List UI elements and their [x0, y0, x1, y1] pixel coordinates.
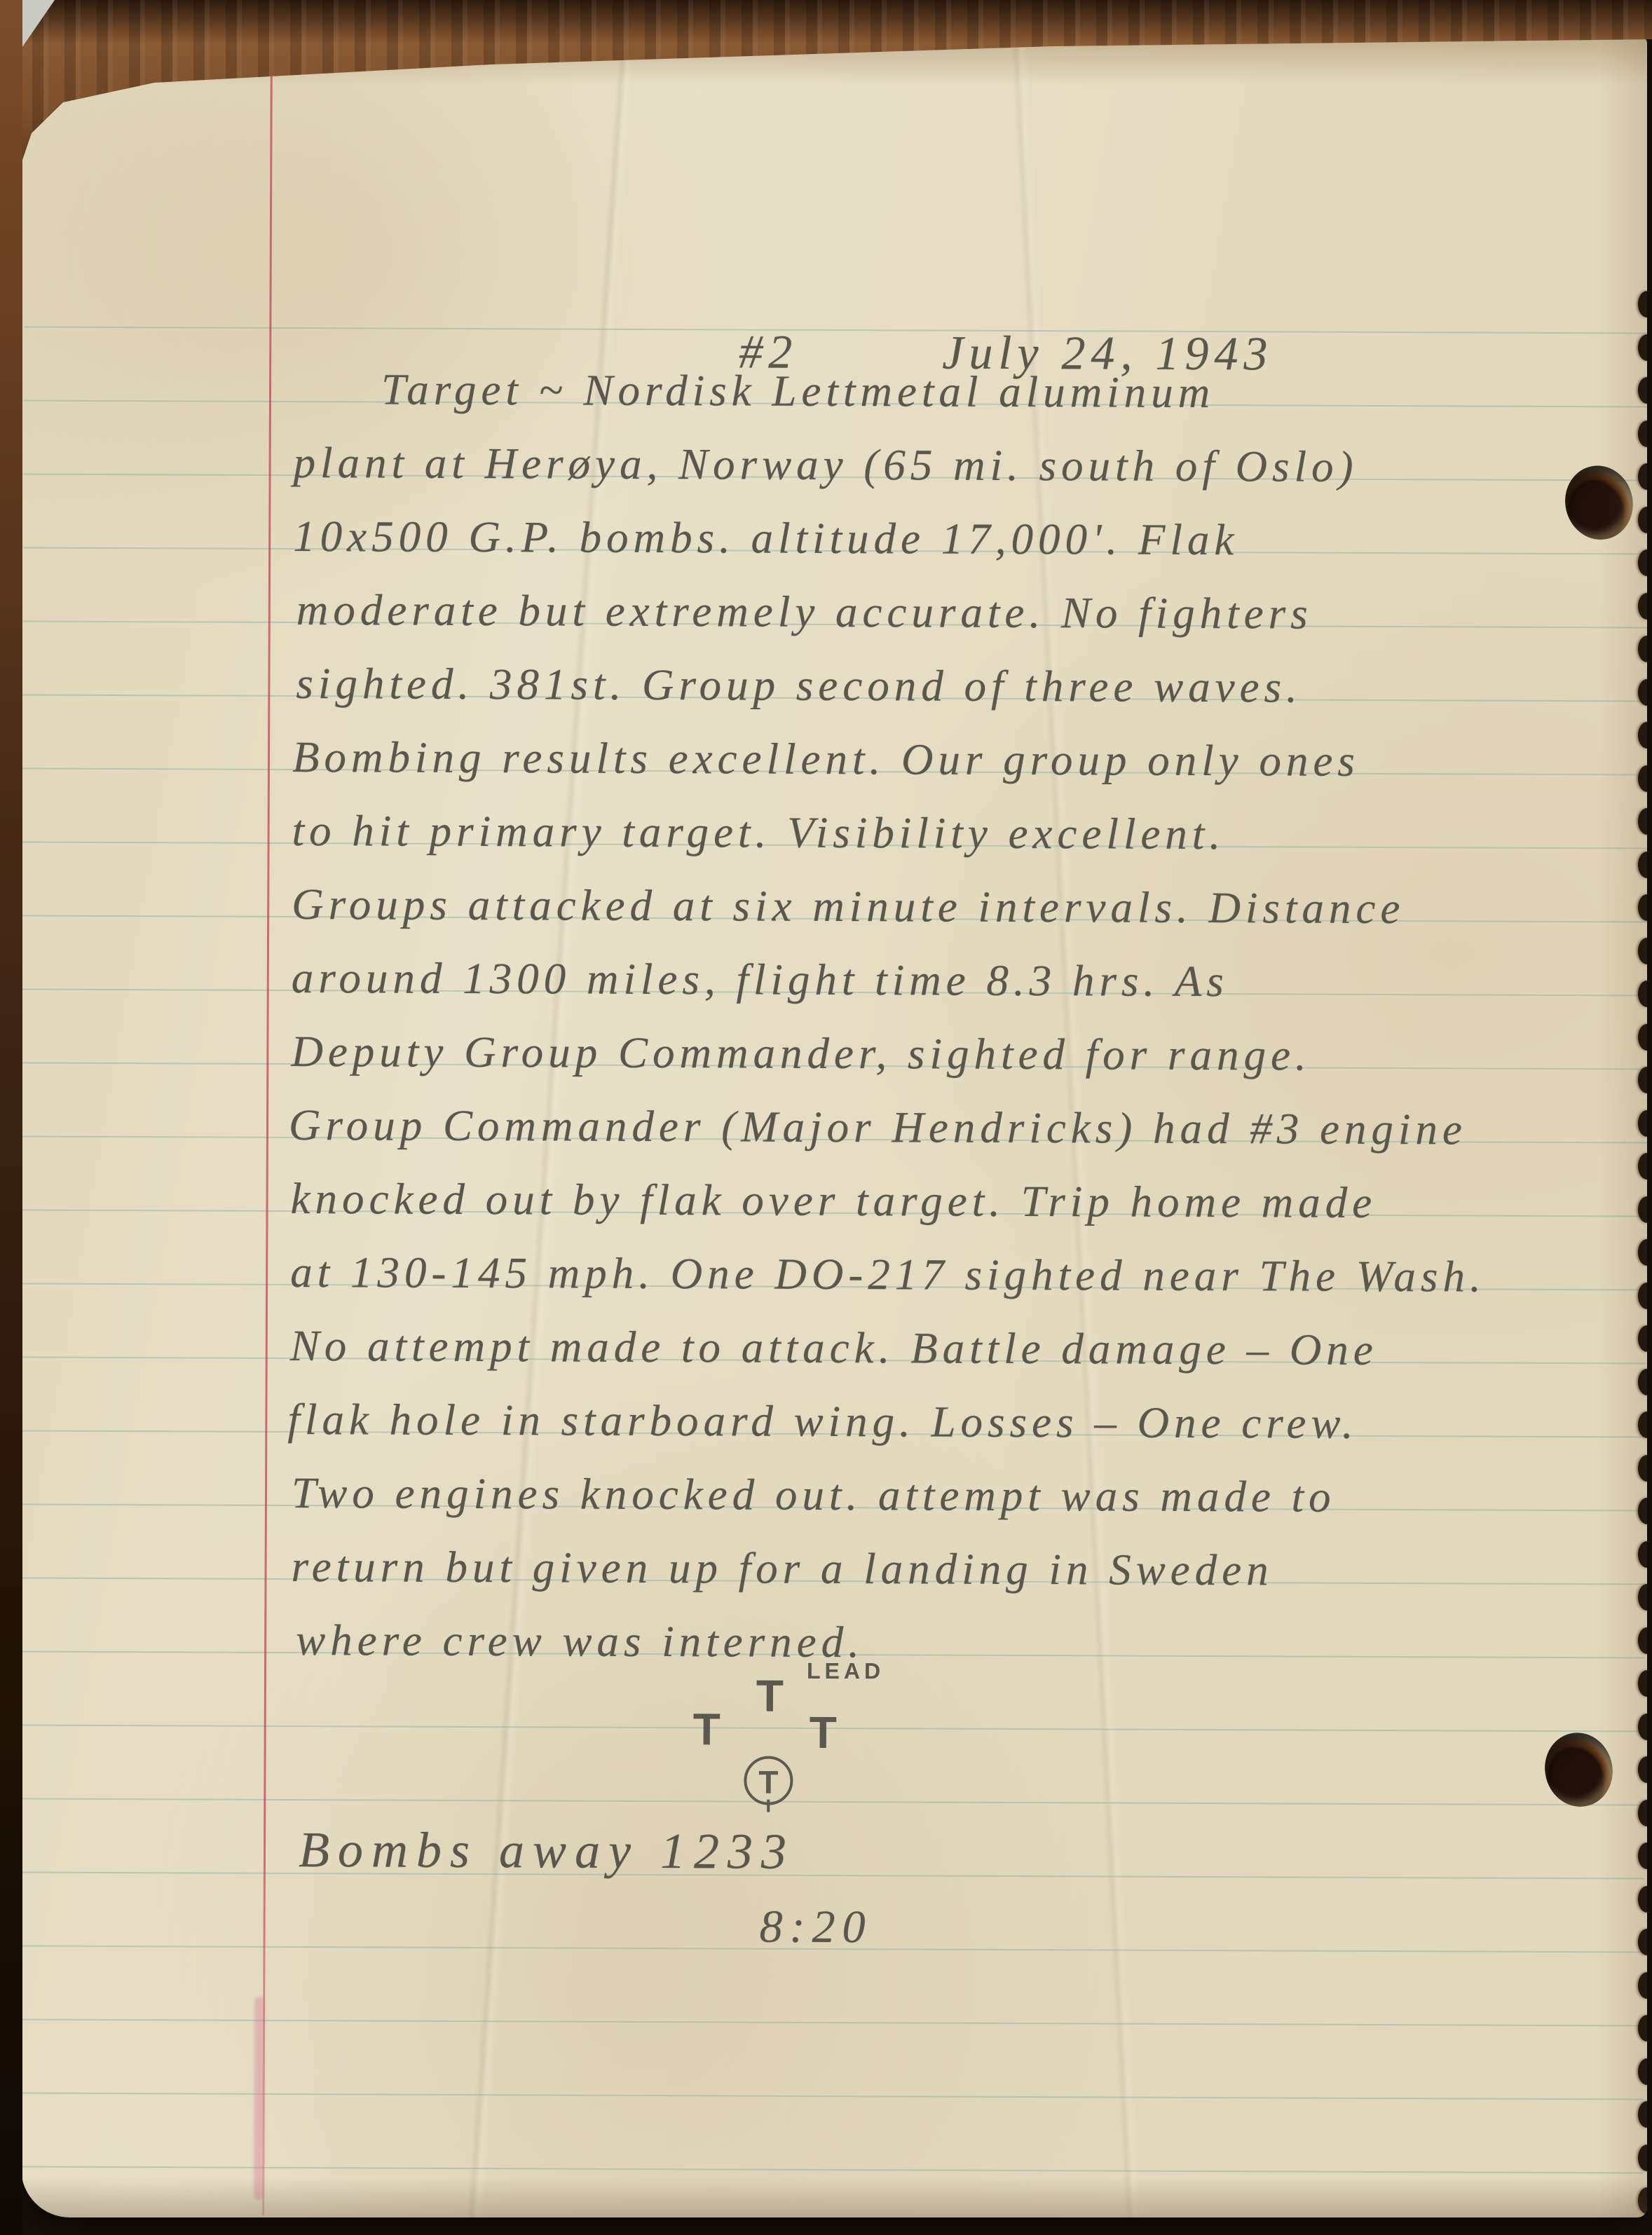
tail-plane-symbol: T — [758, 1766, 778, 1798]
margin-line — [262, 36, 273, 2215]
handwriting-line: Target ~ Nordisk Lettmetal aluminum — [381, 368, 1215, 416]
handwriting-line: flak hole in starboard wing. Losses – On… — [287, 1397, 1358, 1446]
handwriting-line: Bombs away 1233 — [299, 1824, 795, 1877]
notebook-cover-left-edge — [0, 0, 22, 2235]
handwriting-line: around 1300 miles, flight time 8.3 hrs. … — [292, 956, 1229, 1004]
spiral-notch — [1638, 2187, 1647, 2214]
handwriting-line: plant at Herøya, Norway (65 mi. south of… — [294, 441, 1358, 489]
handwriting-line: Groups attacked at six minute intervals.… — [292, 882, 1405, 931]
handwriting-line: sighted. 381st. Group second of three wa… — [296, 662, 1302, 710]
page-content-layer: #2 July 24, 1943 Target ~ Nordisk Lettme… — [21, 36, 1647, 2217]
margin-line-smudge — [254, 1997, 264, 2200]
handwriting-line: Two engines knocked out. attempt was mad… — [292, 1471, 1336, 1519]
handwriting-line: 10x500 G.P. bombs. altitude 17,000'. Fla… — [293, 514, 1238, 562]
circled-plane-symbol: T — [744, 1756, 793, 1805]
scanned-notebook-photo: #2 July 24, 1943 Target ~ Nordisk Lettme… — [0, 0, 1652, 2235]
handwriting-line: Bombing results excellent. Our group onl… — [292, 735, 1360, 784]
lead-label: LEAD — [807, 1660, 885, 1682]
wing-plane-symbol-left: T — [693, 1707, 721, 1751]
right-edge-shading — [1598, 36, 1647, 2217]
handwriting-line: knocked out by flak over target. Trip ho… — [290, 1177, 1377, 1225]
plane-symbol-stem — [767, 1800, 770, 1812]
handwriting-line: moderate but extremely accurate. No figh… — [296, 588, 1313, 636]
notebook-page: #2 July 24, 1943 Target ~ Nordisk Lettme… — [21, 36, 1647, 2217]
handwriting-line: to hit primary target. Visibility excell… — [292, 809, 1225, 856]
handwriting-line: Group Commander (Major Hendricks) had #3… — [289, 1103, 1467, 1151]
lead-plane-symbol: T — [756, 1674, 784, 1718]
handwriting-line: return but given up for a landing in Swe… — [291, 1545, 1273, 1592]
handwriting-line: Deputy Group Commander, sighted for rang… — [291, 1030, 1311, 1078]
handwriting-line: No attempt made to attack. Battle damage… — [290, 1324, 1378, 1372]
wing-plane-symbol-right: T — [810, 1710, 837, 1755]
handwriting-line: at 130-145 mph. One DO-217 sighted near … — [290, 1250, 1486, 1299]
handwriting-line: 8:20 — [759, 1904, 872, 1951]
ruled-line — [24, 327, 1647, 334]
handwriting-line: where crew was interned. — [296, 1618, 864, 1665]
